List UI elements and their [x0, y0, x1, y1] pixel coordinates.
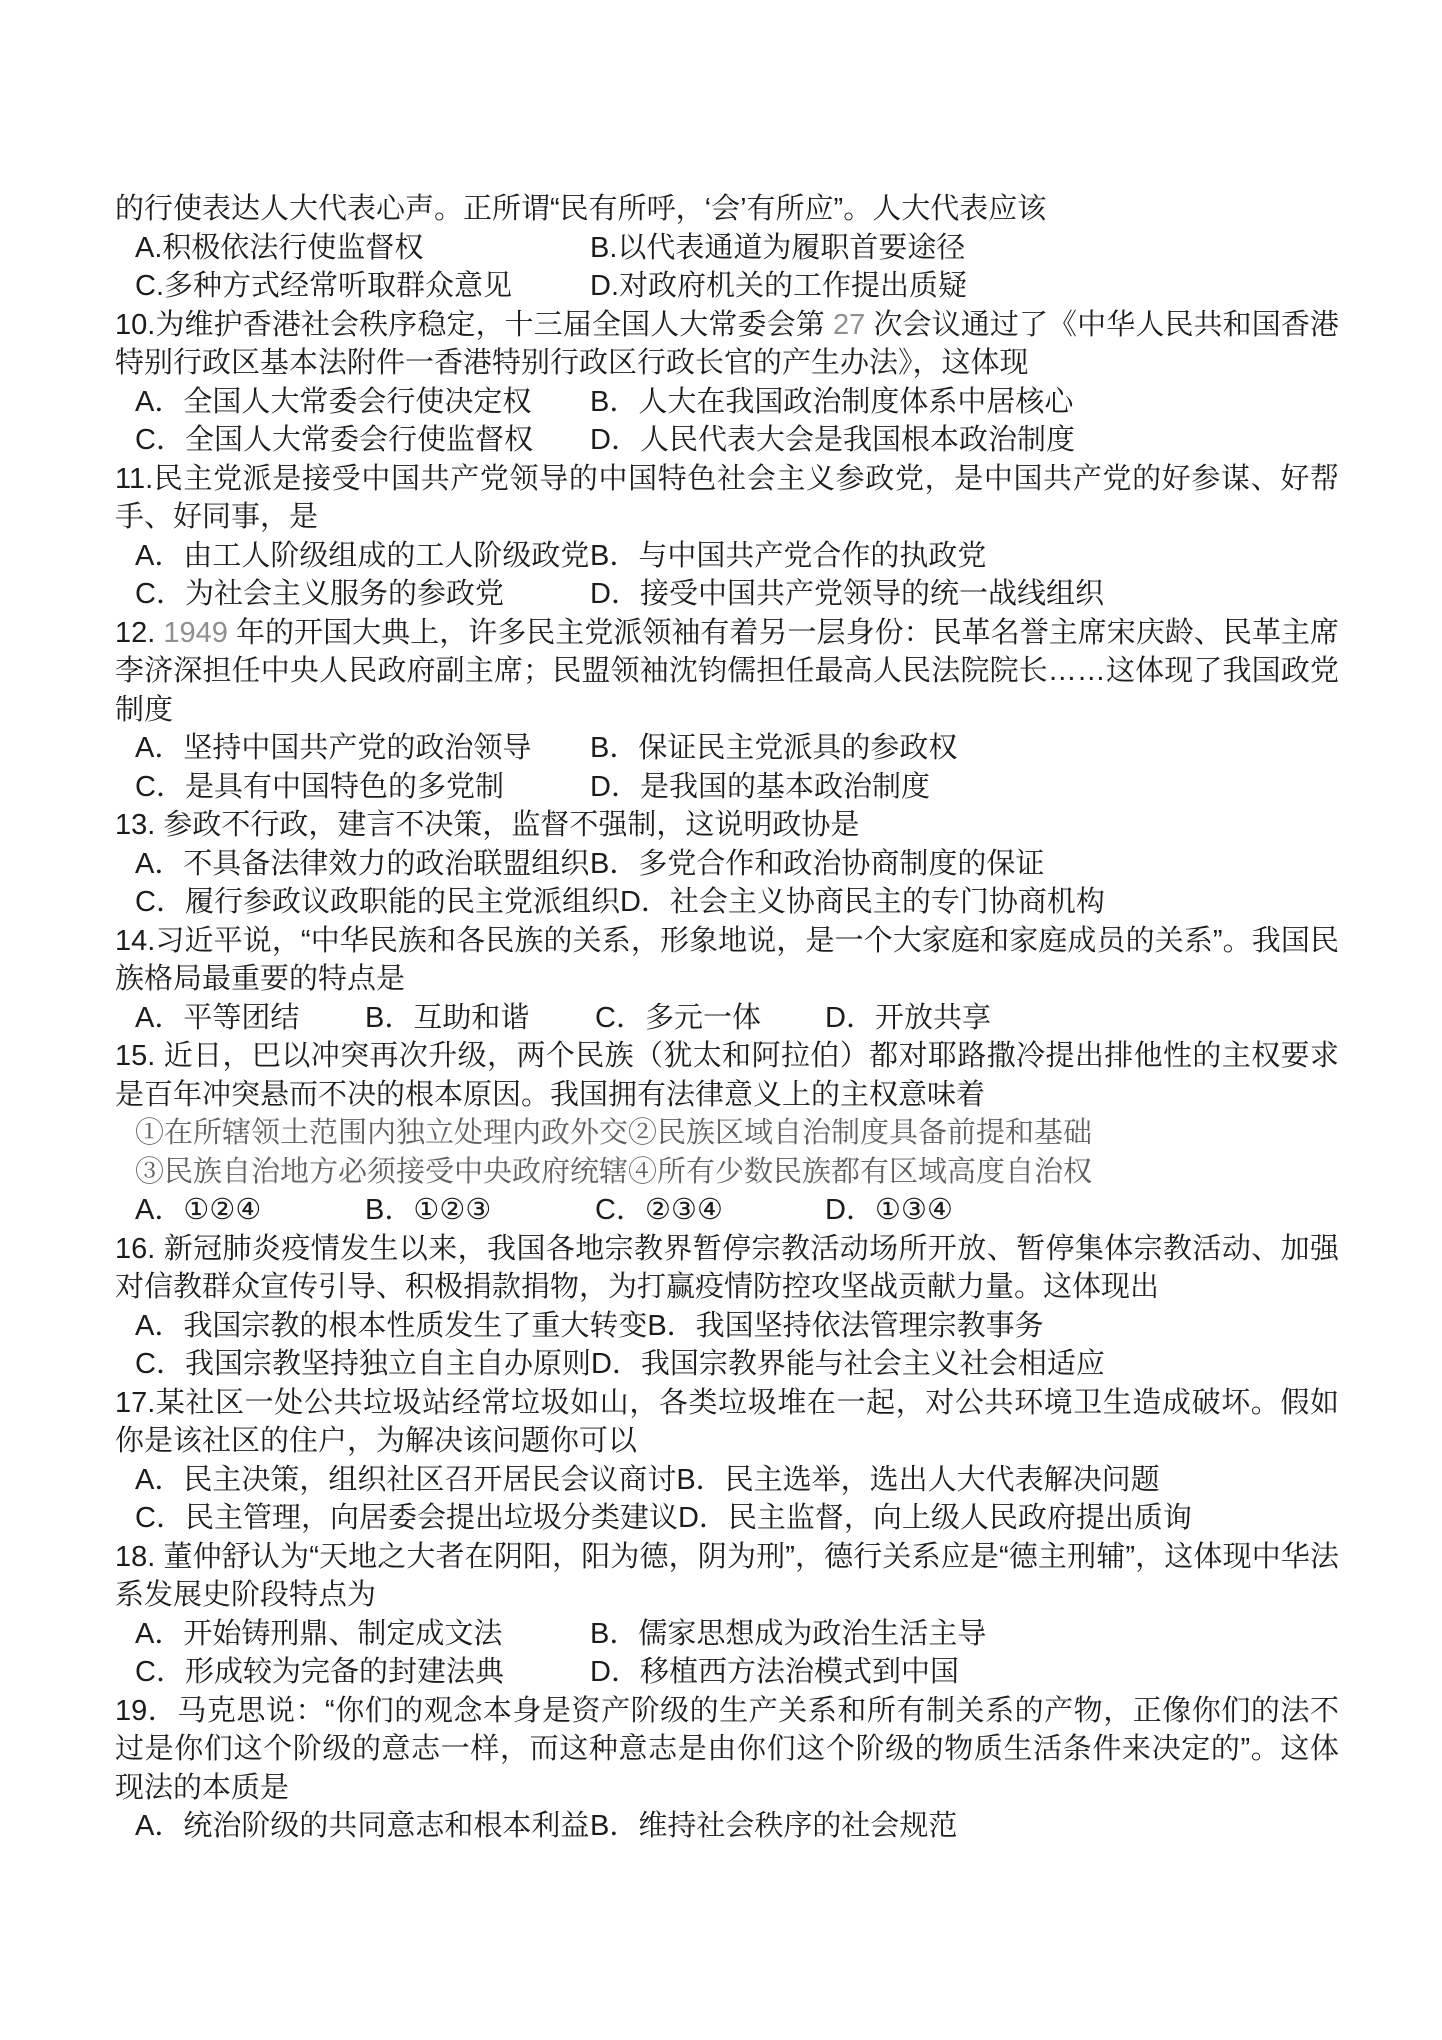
- stem-text-segment: 16. 新冠肺炎疫情发生以来，我国各地宗教界暂停宗教活动场所开放、暂停集体宗教活…: [115, 1233, 1339, 1304]
- option-cell: A．民主决策，组织社区召开居民会议商讨: [135, 1461, 676, 1500]
- option-cell: A．我国宗教的根本性质发生了重大转变: [135, 1307, 647, 1346]
- option-cell: C．是具有中国特色的多党制: [135, 768, 590, 807]
- option-cell: D．移植西方法治模式到中国: [590, 1653, 959, 1692]
- option-cell: C．全国人大常委会行使监督权: [135, 421, 590, 460]
- stem-text-segment: 19．马克思说：“你们的观念本身是资产阶级的生产关系和所有制关系的产物，正像你们…: [115, 1695, 1339, 1804]
- option-row: C.多种方式经常听取群众意见D.对政府机关的工作提出质疑: [115, 267, 1339, 306]
- option-cell: D．①③④: [825, 1191, 953, 1230]
- option-cell: C．形成较为完备的封建法典: [135, 1653, 590, 1692]
- option-row: A．全国人大常委会行使决定权B．人大在我国政治制度体系中居核心: [115, 383, 1339, 422]
- option-row: C．是具有中国特色的多党制D．是我国的基本政治制度: [115, 768, 1339, 807]
- stem-text-segment: 10.为维护香港社会秩序稳定，十三届全国人大常委会第: [115, 309, 833, 341]
- question-stem: 17.某社区一处公共垃圾站经常垃圾如山，各类垃圾堆在一起，对公共环境卫生造成破坏…: [115, 1384, 1339, 1461]
- question-stem: 15. 近日，巴以冲突再次升级，两个民族（犹太和阿拉伯）都对耶路撒冷提出排他性的…: [115, 1037, 1339, 1114]
- option-cell: D.对政府机关的工作提出质疑: [590, 267, 967, 306]
- option-cell: B．儒家思想成为政治生活主导: [590, 1615, 986, 1654]
- option-cell: D．社会主义协商民主的专门协商机构: [620, 883, 1105, 922]
- option-cell: B．互助和谐: [365, 999, 595, 1038]
- option-cell: B．人大在我国政治制度体系中居核心: [590, 383, 1073, 422]
- question-stem: 18. 董仲舒认为“天地之大者在阴阳，阳为德，阴为刑”，德行关系应是“德主刑辅”…: [115, 1538, 1339, 1615]
- option-cell: D．人民代表大会是我国根本政治制度: [590, 421, 1075, 460]
- statement-cell: ①在所辖领土范围内独立处理内政外交: [135, 1114, 628, 1153]
- option-row: A．坚持中国共产党的政治领导B．保证民主党派具的参政权: [115, 729, 1339, 768]
- option-cell: B．维持社会秩序的社会规范: [590, 1807, 957, 1846]
- option-cell: A．由工人阶级组成的工人阶级政党: [135, 537, 590, 576]
- option-row: A．由工人阶级组成的工人阶级政党B．与中国共产党合作的执政党: [115, 537, 1339, 576]
- option-row: A．①②④B．①②③C．②③④D．①③④: [115, 1191, 1339, 1230]
- stem-text-segment: 年的开国大典上，许多民主党派领袖有着另一层身份：民革名誉主席宋庆龄、民革主席李济…: [115, 617, 1339, 726]
- option-row: A．平等团结B．互助和谐C．多元一体D．开放共享: [115, 999, 1339, 1038]
- option-cell: B．保证民主党派具的参政权: [590, 729, 957, 768]
- option-cell: B．民主选举，选出人大代表解决问题: [676, 1461, 1159, 1500]
- option-cell: A．开始铸刑鼎、制定成文法: [135, 1615, 590, 1654]
- option-cell: A．坚持中国共产党的政治领导: [135, 729, 590, 768]
- statement-cell: ②民族区域自治制度具备前提和基础: [628, 1114, 1092, 1153]
- option-cell: A．统治阶级的共同意志和根本利益: [135, 1807, 590, 1846]
- option-cell: C．多元一体: [595, 999, 825, 1038]
- stem-text-segment: 12.: [115, 617, 163, 649]
- option-row: C．我国宗教坚持独立自主自办原则D．我国宗教界能与社会主义社会相适应: [115, 1345, 1339, 1384]
- option-cell: C．民主管理，向居委会提出垃圾分类建议: [135, 1499, 678, 1538]
- stem-text-segment: 17.某社区一处公共垃圾站经常垃圾如山，各类垃圾堆在一起，对公共环境卫生造成破坏…: [115, 1387, 1339, 1458]
- option-cell: D．接受中国共产党领导的统一战线组织: [590, 575, 1104, 614]
- option-cell: B．①②③: [365, 1191, 595, 1230]
- option-cell: B．多党合作和政治协商制度的保证: [590, 845, 1044, 884]
- option-cell: B．我国坚持依法管理宗教事务: [647, 1307, 1043, 1346]
- question-stem: 16. 新冠肺炎疫情发生以来，我国各地宗教界暂停宗教活动场所开放、暂停集体宗教活…: [115, 1230, 1339, 1307]
- stem-text-segment: 11.民主党派是接受中国共产党领导的中国特色社会主义参政党，是中国共产党的好参谋…: [115, 463, 1339, 534]
- question-10: 10.为维护香港社会秩序稳定，十三届全国人大常委会第 27 次会议通过了《中华人…: [115, 306, 1339, 460]
- question-12: 12. 1949 年的开国大典上，许多民主党派领袖有着另一层身份：民革名誉主席宋…: [115, 614, 1339, 807]
- question-16: 16. 新冠肺炎疫情发生以来，我国各地宗教界暂停宗教活动场所开放、暂停集体宗教活…: [115, 1230, 1339, 1384]
- question-13: 13. 参政不行政，建言不决策，监督不强制，这说明政协是A．不具备法律效力的政治…: [115, 806, 1339, 922]
- option-row: A．开始铸刑鼎、制定成文法B．儒家思想成为政治生活主导: [115, 1615, 1339, 1654]
- option-cell: D．我国宗教界能与社会主义社会相适应: [591, 1345, 1105, 1384]
- option-cell: A.积极依法行使监督权: [135, 229, 590, 268]
- option-cell: C.多种方式经常听取群众意见: [135, 267, 590, 306]
- question-17: 17.某社区一处公共垃圾站经常垃圾如山，各类垃圾堆在一起，对公共环境卫生造成破坏…: [115, 1384, 1339, 1538]
- option-cell: A．全国人大常委会行使决定权: [135, 383, 590, 422]
- question-stem: 19．马克思说：“你们的观念本身是资产阶级的生产关系和所有制关系的产物，正像你们…: [115, 1692, 1339, 1808]
- option-row: A．我国宗教的根本性质发生了重大转变B．我国坚持依法管理宗教事务: [115, 1307, 1339, 1346]
- option-row: A．民主决策，组织社区召开居民会议商讨B．民主选举，选出人大代表解决问题: [115, 1461, 1339, 1500]
- question-list: 的行使表达人大代表心声。正所谓“民有所呼，‘会’有所应”。人大代表应该A.积极依…: [115, 190, 1339, 1846]
- question-stem: 10.为维护香港社会秩序稳定，十三届全国人大常委会第 27 次会议通过了《中华人…: [115, 306, 1339, 383]
- question-stem: 12. 1949 年的开国大典上，许多民主党派领袖有着另一层身份：民革名誉主席宋…: [115, 614, 1339, 730]
- option-cell: A．不具备法律效力的政治联盟组织: [135, 845, 590, 884]
- option-cell: D．开放共享: [825, 999, 991, 1038]
- stem-text-segment: 18. 董仲舒认为“天地之大者在阴阳，阳为德，阴为刑”，德行关系应是“德主刑辅”…: [115, 1541, 1339, 1612]
- question-19: 19．马克思说：“你们的观念本身是资产阶级的生产关系和所有制关系的产物，正像你们…: [115, 1692, 1339, 1846]
- statement-row: ③民族自治地方必须接受中央政府统辖④所有少数民族都有区域高度自治权: [115, 1153, 1339, 1192]
- question-stem: 11.民主党派是接受中国共产党领导的中国特色社会主义参政党，是中国共产党的好参谋…: [115, 460, 1339, 537]
- option-cell: C．②③④: [595, 1191, 825, 1230]
- option-cell: B.以代表通道为履职首要途径: [590, 229, 965, 268]
- statement-cell: ④所有少数民族都有区域高度自治权: [628, 1153, 1092, 1192]
- option-row: C．形成较为完备的封建法典D．移植西方法治模式到中国: [115, 1653, 1339, 1692]
- question-15: 15. 近日，巴以冲突再次升级，两个民族（犹太和阿拉伯）都对耶路撒冷提出排他性的…: [115, 1037, 1339, 1230]
- question-9-continuation: 的行使表达人大代表心声。正所谓“民有所呼，‘会’有所应”。人大代表应该A.积极依…: [115, 190, 1339, 306]
- option-cell: B．与中国共产党合作的执政党: [590, 537, 986, 576]
- option-cell: D．民主监督，向上级人民政府提出质询: [678, 1499, 1192, 1538]
- stem-text-segment: 13. 参政不行政，建言不决策，监督不强制，这说明政协是: [115, 809, 859, 841]
- option-row: C．全国人大常委会行使监督权D．人民代表大会是我国根本政治制度: [115, 421, 1339, 460]
- option-row: A.积极依法行使监督权B.以代表通道为履职首要途径: [115, 229, 1339, 268]
- statement-cell: ③民族自治地方必须接受中央政府统辖: [135, 1153, 628, 1192]
- option-row: A．不具备法律效力的政治联盟组织B．多党合作和政治协商制度的保证: [115, 845, 1339, 884]
- option-cell: A．平等团结: [135, 999, 365, 1038]
- stem-text-segment: 的行使表达人大代表心声。正所谓“民有所呼，‘会’有所应”。人大代表应该: [115, 193, 1046, 225]
- stem-number-segment: 1949: [163, 617, 228, 649]
- option-row: C．为社会主义服务的参政党D．接受中国共产党领导的统一战线组织: [115, 575, 1339, 614]
- option-row: A．统治阶级的共同意志和根本利益B．维持社会秩序的社会规范: [115, 1807, 1339, 1846]
- option-cell: C．为社会主义服务的参政党: [135, 575, 590, 614]
- question-14: 14.习近平说，“中华民族和各民族的关系，形象地说，是一个大家庭和家庭成员的关系…: [115, 922, 1339, 1038]
- question-stem: 14.习近平说，“中华民族和各民族的关系，形象地说，是一个大家庭和家庭成员的关系…: [115, 922, 1339, 999]
- stem-text-segment: 14.习近平说，“中华民族和各民族的关系，形象地说，是一个大家庭和家庭成员的关系…: [115, 925, 1339, 996]
- option-cell: D．是我国的基本政治制度: [590, 768, 930, 807]
- option-row: C．履行参政议政职能的民主党派组织D．社会主义协商民主的专门协商机构: [115, 883, 1339, 922]
- stem-text-segment: 15. 近日，巴以冲突再次升级，两个民族（犹太和阿拉伯）都对耶路撒冷提出排他性的…: [115, 1040, 1339, 1111]
- question-stem: 的行使表达人大代表心声。正所谓“民有所呼，‘会’有所应”。人大代表应该: [115, 190, 1339, 229]
- question-stem: 13. 参政不行政，建言不决策，监督不强制，这说明政协是: [115, 806, 1339, 845]
- option-row: C．民主管理，向居委会提出垃圾分类建议D．民主监督，向上级人民政府提出质询: [115, 1499, 1339, 1538]
- question-11: 11.民主党派是接受中国共产党领导的中国特色社会主义参政党，是中国共产党的好参谋…: [115, 460, 1339, 614]
- exam-page: 的行使表达人大代表心声。正所谓“民有所呼，‘会’有所应”。人大代表应该A.积极依…: [115, 190, 1339, 1846]
- statement-row: ①在所辖领土范围内独立处理内政外交②民族区域自治制度具备前提和基础: [115, 1114, 1339, 1153]
- question-18: 18. 董仲舒认为“天地之大者在阴阳，阳为德，阴为刑”，德行关系应是“德主刑辅”…: [115, 1538, 1339, 1692]
- option-cell: C．履行参政议政职能的民主党派组织: [135, 883, 620, 922]
- option-cell: C．我国宗教坚持独立自主自办原则: [135, 1345, 591, 1384]
- stem-number-segment: 27: [833, 309, 865, 341]
- option-cell: A．①②④: [135, 1191, 365, 1230]
